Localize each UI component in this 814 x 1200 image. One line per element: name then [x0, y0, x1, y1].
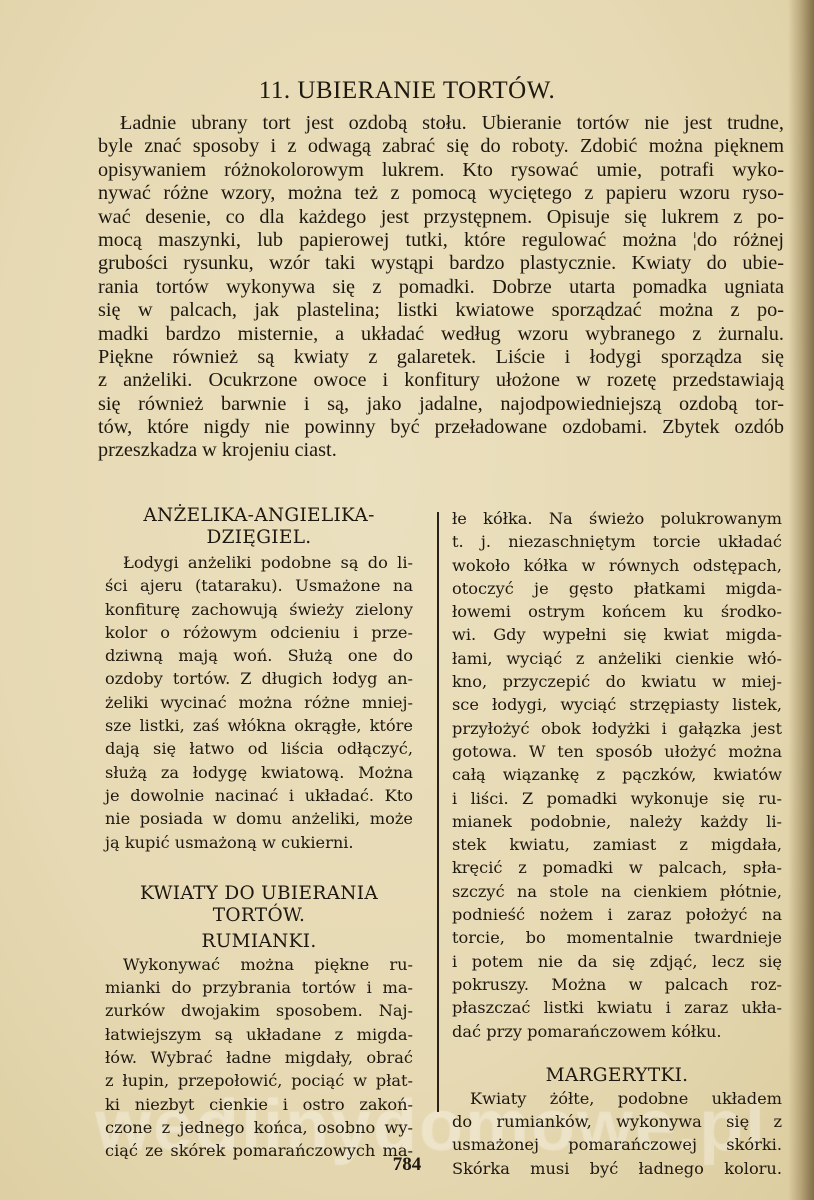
text-line: łatwiejszym są układane z migda-	[105, 1023, 413, 1046]
text-line: opisywaniem różnokolorowym lukrem. Kto r…	[98, 159, 784, 182]
text-line: dać przy pomarańczowem kółku.	[452, 1020, 782, 1043]
text-line: podnieść nożem i zaraz położyć na	[452, 903, 782, 926]
text-line: żeliki wycinać można różne mniej-	[105, 691, 413, 714]
text-line: sce łodygi, wyciąć strzępiasty listek,	[452, 693, 782, 716]
text-line: łe kółka. Na świeżo polukrowanym	[452, 507, 782, 530]
left-column: ANŻELIKA-ANGIELIKA- DZIĘGIEL. Łodygi anż…	[105, 505, 413, 1163]
text-line: tów, które nigdy nie powinny być przeład…	[98, 416, 784, 439]
text-line: rania tortów wykonywa się z pomadki. Dob…	[98, 276, 784, 299]
text-line: gotowa. W ten sposób ułożyć można	[452, 740, 782, 763]
text-line: z anżeliki. Ocukrzone owoce i konfitury …	[98, 369, 784, 392]
text-line: je dowolnie nacinać i układać. Kto	[105, 784, 413, 807]
text-line: Kwiaty żółte, podobne układem	[452, 1087, 782, 1110]
text-line: wi. Gdy wypełni się kwiat migda-	[452, 623, 782, 646]
text-line: z łupin, przepołowić, pociąć w płat-	[105, 1069, 413, 1092]
text-line: całą wiązankę z pączków, kwiatów	[452, 763, 782, 786]
text-line: i potem nie da się zdjąć, lecz się	[452, 950, 782, 973]
chapter-title: 11. UBIERANIE TORTÓW.	[0, 77, 814, 105]
text-line: Piękne również są kwiaty z galaretek. Li…	[98, 346, 784, 369]
page-number: 784	[0, 1154, 814, 1176]
text-line: mianki do przybrania tortów i ma-	[105, 976, 413, 999]
text-line: płaszczać listki kwiatu i zaraz ukła-	[452, 996, 782, 1019]
text-line: torcie, bo momentalnie twardnieje	[452, 926, 782, 949]
text-line: ozdoby tortów. Z długich łodyg an-	[105, 667, 413, 690]
text-line: przyłożyć obok łodyżki i gałązka jest	[452, 717, 782, 740]
section-heading-anzelika-cont: DZIĘGIEL.	[105, 527, 413, 549]
intro-paragraph: Ładnie ubrany tort jest ozdobą stołu. Ub…	[98, 112, 784, 463]
text-line: stek kwiatu, zamiast z migdała,	[452, 833, 782, 856]
rumianki-continued-paragraph: łe kółka. Na świeżo polukrowanym t. j. n…	[452, 507, 782, 1043]
text-line: kręcić z pomadki w palcach, spła-	[452, 856, 782, 879]
text-line: dają się łatwo od liścia odłączyć,	[105, 737, 413, 760]
text-line: madki bardzo misternie, a układać według…	[98, 323, 784, 346]
text-line: ści ajeru (tataraku). Usmażone na	[105, 574, 413, 597]
text-line: wokoło kółka w równych odstępach,	[452, 554, 782, 577]
text-line: łami, wyciąć z anżeliki cienkie włó-	[452, 647, 782, 670]
section-heading-kwiaty-cont: TORTÓW.	[105, 905, 413, 927]
text-line: pokruszy. Można w palcach roz-	[452, 973, 782, 996]
text-line: i liści. Z pomadki wykonuje się ru-	[452, 787, 782, 810]
text-line: t. j. niezaschniętym torcie układać	[452, 530, 782, 553]
text-line: mianek podobnie, należy każdy li-	[452, 810, 782, 833]
text-line: wać desenie, co dla każdego jest przystę…	[98, 206, 784, 229]
column-divider	[437, 512, 439, 1112]
text-line: się w palcach, jak plastelina; listki kw…	[98, 299, 784, 322]
text-line: zurków dwojakim sposobem. Naj-	[105, 999, 413, 1022]
text-line: szczyć na stole na cienkiem płótnie,	[452, 880, 782, 903]
section-heading-margerytki: MARGERYTKI.	[452, 1065, 782, 1087]
anzelika-paragraph: Łodygi anżeliki podobne są do li- ści aj…	[105, 551, 413, 854]
text-line: kno, przyczepić do kwiatu w miej-	[452, 670, 782, 693]
text-line: nywać różne wzory, można też z pomocą wy…	[98, 182, 784, 205]
text-line: Wykonywać można piękne ru-	[105, 953, 413, 976]
section-heading-kwiaty: KWIATY DO UBIERANIA	[105, 883, 413, 905]
text-line: byle znać sposoby i z odwagą zabrać się …	[98, 135, 784, 158]
text-line: do rumianków, wykonywa się z	[452, 1110, 782, 1133]
rumianki-paragraph: Wykonywać można piękne ru- mianki do prz…	[105, 953, 413, 1163]
text-line: grubości rysunku, wzór taki wystąpi bard…	[98, 252, 784, 275]
book-page: wedlinydomowe.pl 11. UBIERANIE TORTÓW. Ł…	[0, 0, 814, 1200]
text-line: Łodygi anżeliki podobne są do li-	[105, 551, 413, 574]
text-line: łów. Wybrać ładne migdały, obrać	[105, 1046, 413, 1069]
text-line: sze listki, zaś włókna okrągłe, które	[105, 714, 413, 737]
text-line: otoczyć je gęsto płatkami migda-	[452, 577, 782, 600]
text-line: służą za łodygę kwiatową. Można	[105, 761, 413, 784]
text-line: konfiturę zachowują świeży zielony	[105, 598, 413, 621]
section-heading-anzelika: ANŻELIKA-ANGIELIKA-	[105, 505, 413, 527]
text-line: ki niezbyt cienkie i ostro zakoń-	[105, 1093, 413, 1116]
text-line: ją kupić usmażoną w cukierni.	[105, 831, 413, 854]
text-line: mocą maszynki, lub papierowej tutki, któ…	[98, 229, 784, 252]
text-line: nie posiada w domu anżeliki, może	[105, 807, 413, 830]
text-line: dziwną mają woń. Służą one do	[105, 644, 413, 667]
subheading-rumianki: RUMIANKI.	[105, 931, 413, 953]
text-line: Ładnie ubrany tort jest ozdobą stołu. Ub…	[98, 112, 784, 135]
text-line: kolor o różowym odcieniu i prze-	[105, 621, 413, 644]
right-column: łe kółka. Na świeżo polukrowanym t. j. n…	[452, 507, 782, 1180]
text-line: przeszkadza w krojeniu ciast.	[98, 439, 784, 462]
kwiaty-section: KWIATY DO UBIERANIA TORTÓW. RUMIANKI. Wy…	[105, 883, 413, 1163]
text-line: się również barwnie i są, jako jadalne, …	[98, 393, 784, 416]
text-line: łowemi ostrym końcem ku środko-	[452, 600, 782, 623]
text-line: czone z jednego końca, osobno wy-	[105, 1116, 413, 1139]
